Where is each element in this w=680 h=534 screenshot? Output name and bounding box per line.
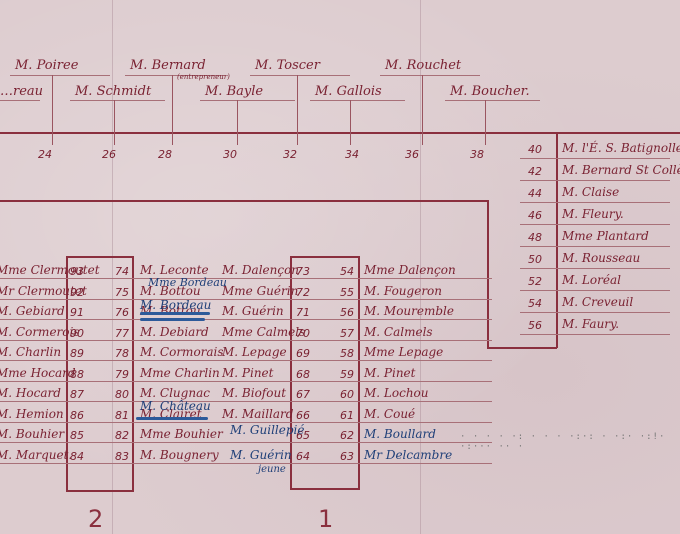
plot-number: 67: [296, 388, 310, 401]
row-underline: [520, 158, 670, 159]
plot-owner-name: M. Bougnery: [140, 448, 219, 462]
drop-line: [172, 75, 173, 145]
plot-number: 57: [340, 327, 354, 340]
top-name: M. Schmidt: [75, 84, 151, 99]
plot-number: 84: [70, 450, 84, 463]
row-underline: [0, 381, 300, 382]
row-underline: [292, 401, 492, 402]
row-underline: [520, 224, 670, 225]
row-underline: [292, 278, 492, 279]
plot-number: 90: [70, 327, 84, 340]
drop-line: [350, 100, 351, 145]
plot-number: 87: [70, 388, 84, 401]
plot-owner-name: M. Guérin: [230, 448, 292, 462]
plot-owner-name: Mr Delcambre: [364, 448, 452, 462]
plot-number: 40: [528, 143, 542, 156]
plot-number: 70: [296, 327, 310, 340]
plot-owner-name: Mme Hocard: [0, 366, 76, 380]
row-underline: [292, 299, 492, 300]
path-line-middle: [0, 200, 488, 202]
top-name: M. Poiree: [15, 58, 78, 73]
row-underline: [0, 360, 300, 361]
plot-owner-name: M. l'É. S. Batignolles: [562, 141, 680, 155]
row-underline: [0, 340, 300, 341]
block-2-border: [132, 256, 134, 492]
plot-number: 46: [528, 209, 542, 222]
plot-owner-name: M. Faury.: [562, 317, 619, 331]
fold-line: [112, 0, 113, 534]
plot-owner-name: Mme Plantard: [562, 229, 649, 243]
plot-owner-name: M. Guillepié: [230, 423, 304, 437]
plot-owner-name: Mme Charlin: [140, 366, 220, 380]
plot-number: 63: [340, 450, 354, 463]
top-name: M. Gallois: [315, 84, 382, 99]
plot-number: 48: [528, 231, 542, 244]
name-underline: [380, 75, 480, 76]
row-underline: [0, 463, 300, 464]
plot-owner-name: M. Hocard: [0, 386, 61, 400]
plot-number: 77: [115, 327, 129, 340]
plot-number: 60: [340, 388, 354, 401]
plot-number: 73: [296, 265, 310, 278]
plot-owner-name: Mme Guérin: [222, 284, 298, 298]
plot-owner-name: M. Loréal: [562, 273, 621, 287]
name-underline: [200, 100, 295, 101]
plot-number: 54: [340, 265, 354, 278]
plot-owner-name: M. Maillard: [222, 407, 293, 421]
plot-owner-name: M. Rousseau: [562, 251, 640, 265]
plot-owner-name: Mme Calmels: [222, 325, 305, 339]
row-underline: [520, 202, 670, 203]
block-1-border: [290, 256, 360, 258]
plot-owner-name: M. Charlin: [0, 345, 61, 359]
plot-number: 52: [528, 275, 542, 288]
strikethrough: [136, 417, 208, 420]
handwritten-correction: Mme Bordeau: [148, 276, 227, 289]
top-name: M. Bernard: [130, 58, 206, 73]
plot-owner-name: M. Marquet.: [0, 448, 72, 462]
plot-number: 76: [115, 306, 129, 319]
row-underline: [0, 442, 300, 443]
block-label: 2: [88, 505, 103, 533]
plot-owner-name: M. Bouhier: [0, 427, 64, 441]
plot-number: 44: [528, 187, 542, 200]
right-column-inner-line: [556, 132, 558, 348]
name-underline: [445, 100, 540, 101]
plot-number: 86: [70, 409, 84, 422]
plot-number: 38: [470, 148, 484, 161]
plot-owner-name: M. Cormerois: [0, 325, 80, 339]
plot-number: 82: [115, 429, 129, 442]
plot-owner-name: M. Calmels: [364, 325, 433, 339]
plot-number: 92: [70, 286, 84, 299]
name-underline: [250, 75, 350, 76]
plot-number: 28: [158, 148, 172, 161]
top-name: …reau: [0, 84, 43, 99]
name-underline: [310, 100, 405, 101]
drop-line: [297, 75, 298, 145]
plot-owner-name: Mme Bouhier: [140, 427, 223, 441]
drop-line: [114, 100, 115, 145]
plot-number: 58: [340, 347, 354, 360]
plot-number: 42: [528, 165, 542, 178]
plot-number: 62: [340, 429, 354, 442]
plot-number: 61: [340, 409, 354, 422]
plot-owner-name: M. Fougeron: [364, 284, 442, 298]
plot-number: 74: [115, 265, 129, 278]
plot-number: 66: [296, 409, 310, 422]
drop-line: [422, 75, 423, 145]
right-column-bottom: [487, 347, 557, 349]
plot-number: 93: [70, 265, 84, 278]
plot-number: 55: [340, 286, 354, 299]
block-1-border: [290, 488, 360, 490]
plot-owner-name: M. Lochou: [364, 386, 429, 400]
strikethrough: [140, 318, 205, 321]
plot-number: 56: [340, 306, 354, 319]
top-name: M. Toscer: [255, 58, 320, 73]
plot-owner-name: M. Guérin: [222, 304, 284, 318]
plot-owner-name: M. Bernard St Collège: [562, 163, 680, 177]
row-underline: [292, 422, 492, 423]
strikethrough: [140, 312, 210, 315]
plot-number: 54: [528, 297, 542, 310]
row-underline: [520, 246, 670, 247]
top-name: M. Rouchet: [385, 58, 461, 73]
row-underline: [292, 360, 492, 361]
plot-owner-name: M. Cormorais: [140, 345, 224, 359]
row-underline: [292, 340, 492, 341]
plot-number: 24: [38, 148, 52, 161]
plot-number: 26: [102, 148, 116, 161]
plot-owner-name: M. Gebiard: [0, 304, 65, 318]
row-underline: [292, 463, 492, 464]
plot-number: 89: [70, 347, 84, 360]
top-name: M. Boucher.: [450, 84, 530, 99]
plot-owner-name: Mme Clermoutet: [0, 263, 100, 277]
plot-number: 59: [340, 368, 354, 381]
plot-number: 91: [70, 306, 84, 319]
plot-owner-name: M. Dalençon: [222, 263, 299, 277]
name-underline: [0, 100, 40, 101]
row-underline: [520, 290, 670, 291]
plot-owner-name: M. Debiard: [140, 325, 209, 339]
plot-number: 85: [70, 429, 84, 442]
plot-number: 79: [115, 368, 129, 381]
plot-owner-name: M. Claise: [562, 185, 619, 199]
plot-number: 64: [296, 450, 310, 463]
row-underline: [520, 180, 670, 181]
name-note: (entrepreneur): [177, 73, 230, 81]
plot-owner-name: Mme Lepage: [364, 345, 443, 359]
name-underline: [70, 100, 165, 101]
plot-number: 69: [296, 347, 310, 360]
plot-number: 32: [283, 148, 297, 161]
plot-owner-name: M. Pinet: [364, 366, 415, 380]
drop-line: [485, 100, 486, 145]
plot-owner-name: Mme Dalençon: [364, 263, 456, 277]
block-label: 1: [318, 505, 333, 533]
plot-owner-name: M. Coué: [364, 407, 415, 421]
handwritten-correction: M. Bordeau: [140, 298, 211, 312]
plot-number: 68: [296, 368, 310, 381]
plot-number: 56: [528, 319, 542, 332]
plot-owner-name: M. Biofout: [222, 386, 286, 400]
plot-number: 50: [528, 253, 542, 266]
row-underline: [292, 381, 492, 382]
block-1-border: [358, 256, 360, 490]
plot-number: 83: [115, 450, 129, 463]
row-underline: [292, 319, 492, 320]
top-name: M. Bayle: [205, 84, 263, 99]
drop-line: [237, 100, 238, 145]
plot-number: 75: [115, 286, 129, 299]
row-underline: [520, 268, 670, 269]
plot-owner-name: M. Creveuil: [562, 295, 633, 309]
document-page: M. PoireeM. Bernard(entrepreneur)M. Tosc…: [0, 0, 680, 534]
row-underline: [520, 334, 670, 335]
plot-owner-name: M. Lepage: [222, 345, 287, 359]
name-underline: [10, 75, 110, 76]
plot-number: 81: [115, 409, 129, 422]
plot-number: 72: [296, 286, 310, 299]
right-column-border: [487, 200, 489, 348]
drop-line: [52, 75, 53, 145]
name-note: jeune: [258, 464, 286, 475]
plot-owner-name: M. Mouremble: [364, 304, 454, 318]
plot-number: 78: [115, 347, 129, 360]
path-line-top: [0, 132, 680, 134]
plot-number: 34: [345, 148, 359, 161]
block-2-border: [66, 256, 134, 258]
handwritten-correction: M. Château: [140, 399, 211, 413]
plot-number: 30: [223, 148, 237, 161]
faded-typed-text: · · · · ·: · · · ·:·: · ·:· ·:!· ·:··· ·…: [460, 432, 680, 452]
plot-number: 80: [115, 388, 129, 401]
row-underline: [520, 312, 670, 313]
plot-owner-name: M. Pinet: [222, 366, 273, 380]
plot-number: 71: [296, 306, 310, 319]
block-2-border: [66, 490, 134, 492]
plot-owner-name: M. Fleury.: [562, 207, 624, 221]
plot-owner-name: M. Hemion: [0, 407, 64, 421]
plot-number: 88: [70, 368, 84, 381]
plot-number: 36: [405, 148, 419, 161]
plot-owner-name: M. Boullard: [364, 427, 436, 441]
